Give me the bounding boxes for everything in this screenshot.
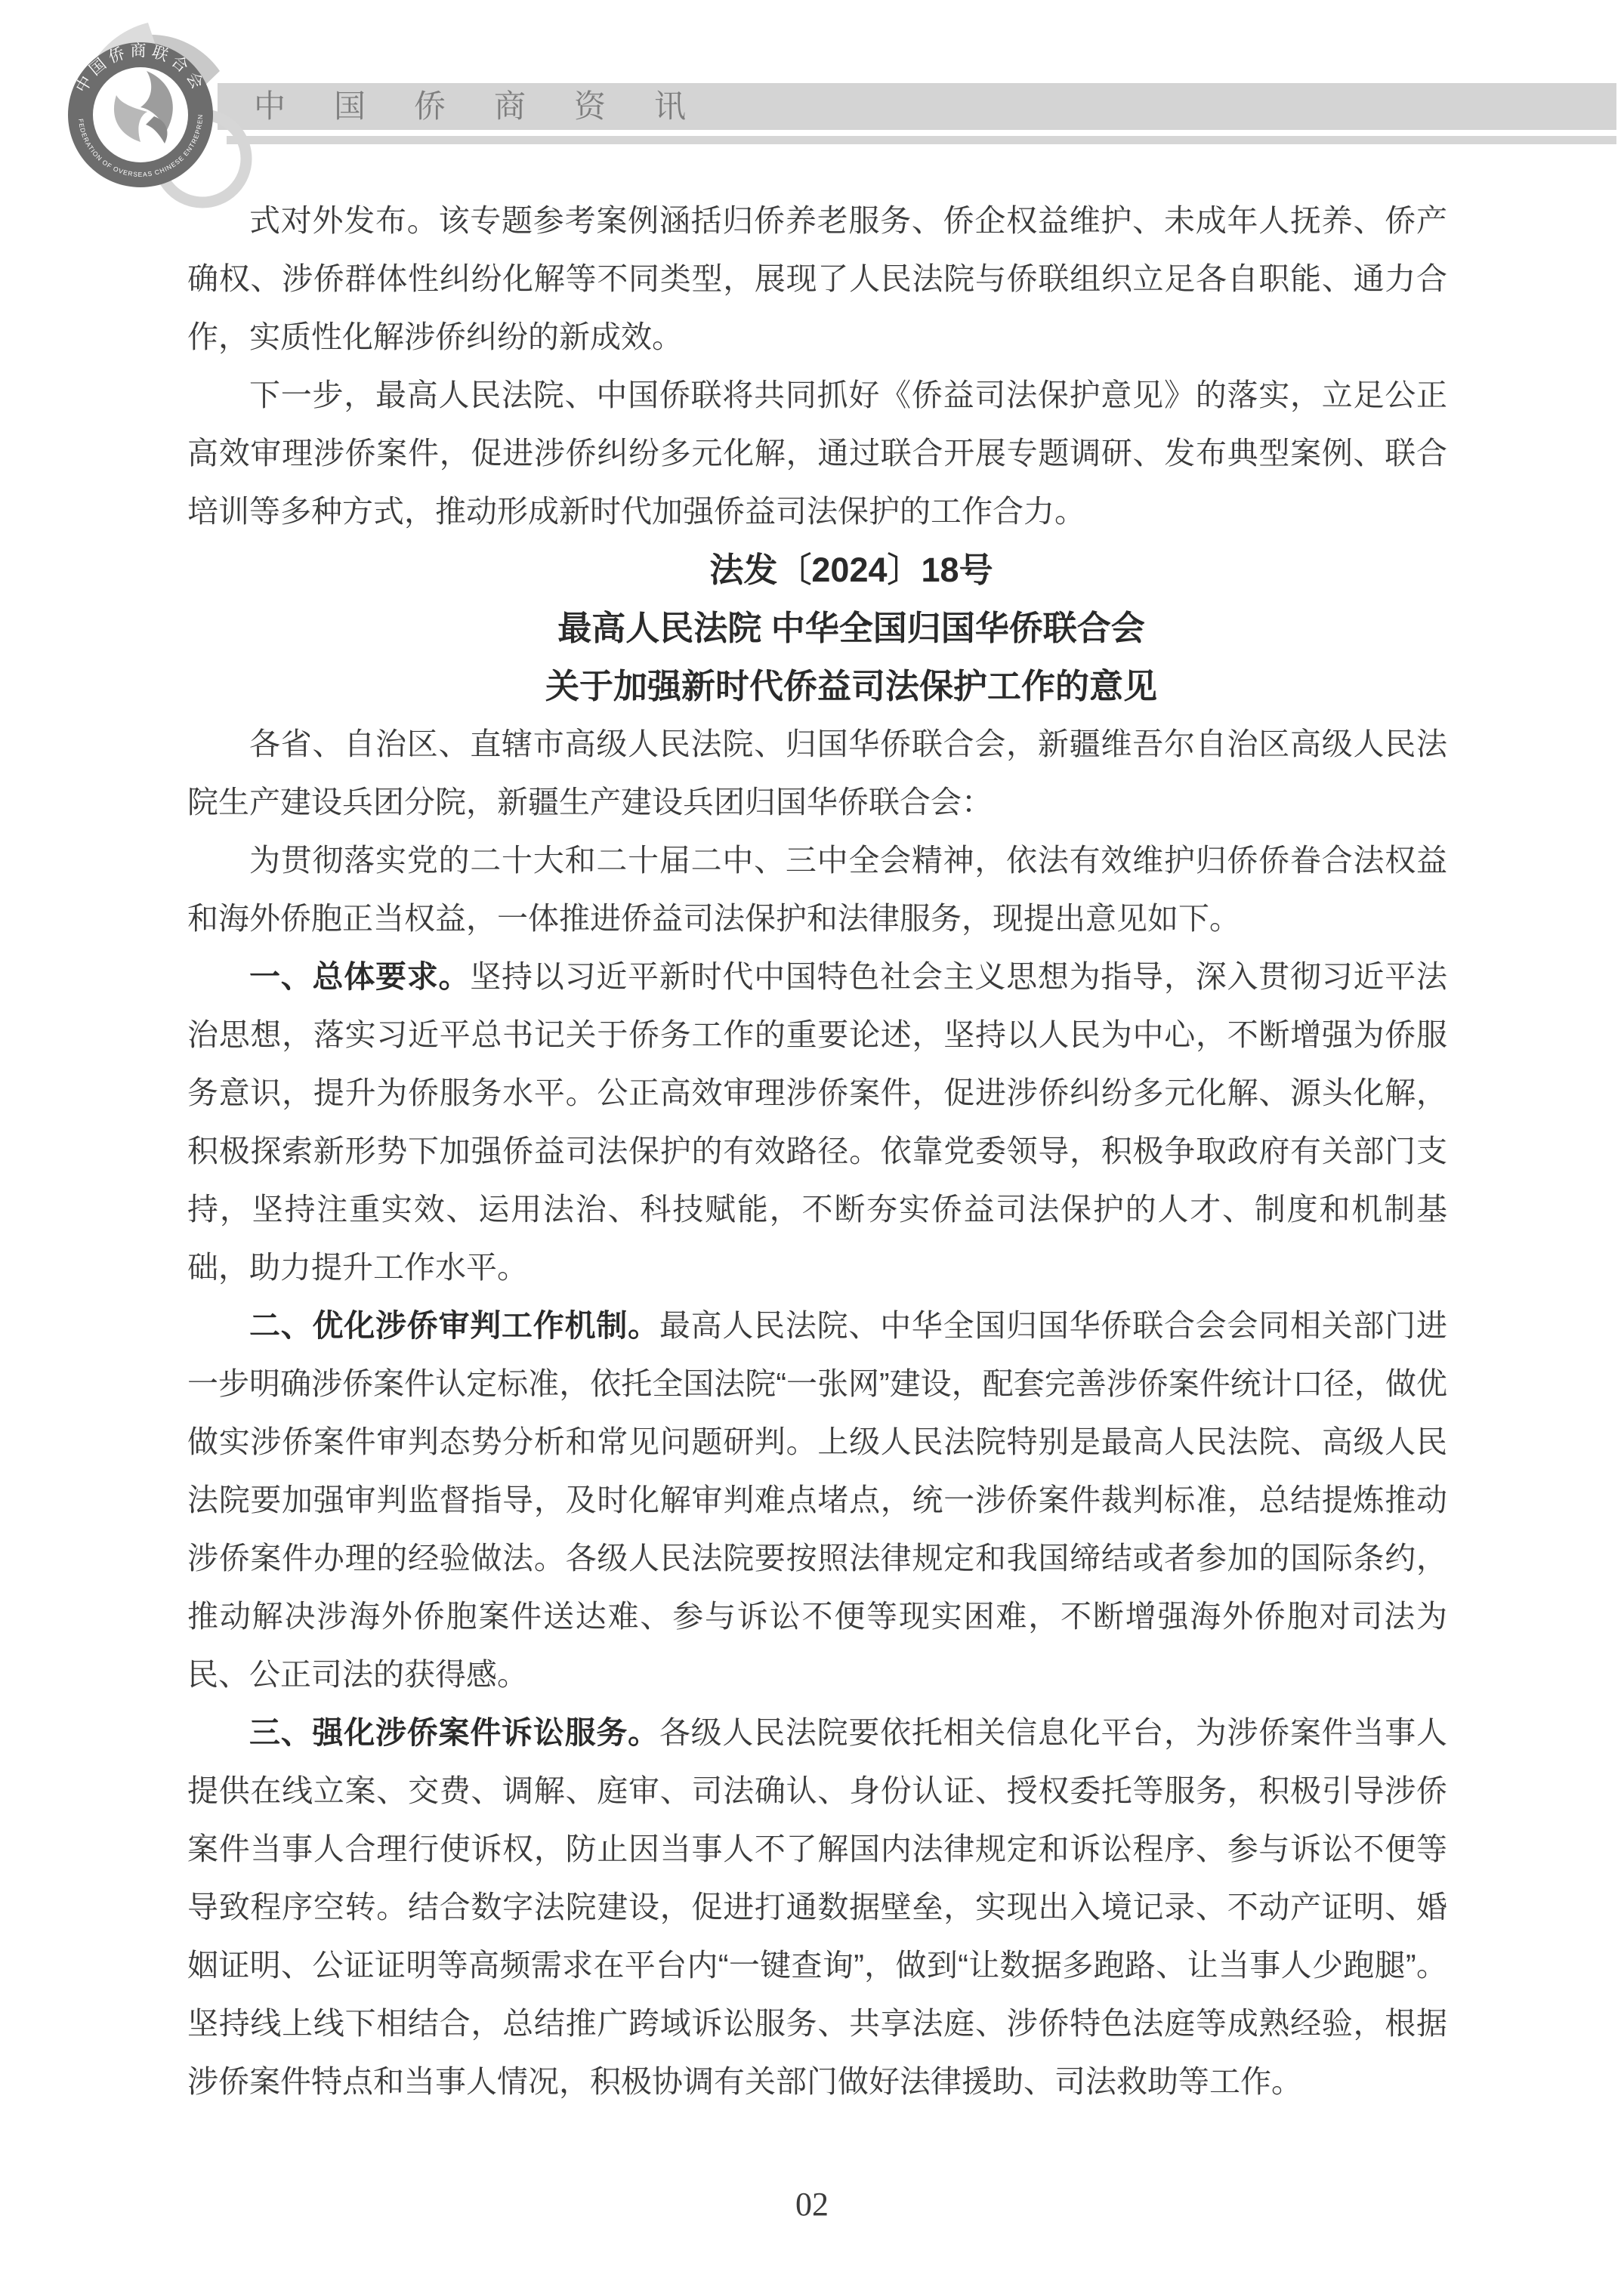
paragraph-salutation: 各省、自治区、直辖市高级人民法院、归国华侨联合会，新疆维吾尔自治区高级人民法院生… [187, 715, 1447, 832]
section-2: 二、优化涉侨审判工作机制。最高人民法院、中华全国归国华侨联合会会同相关部门进一步… [187, 1297, 1447, 1704]
page-number: 02 [0, 2185, 1624, 2224]
document-content: 式对外发布。该专题参考案例涵括归侨养老服务、侨企权益维护、未成年人抚养、侨产确权… [187, 192, 1447, 2111]
section-1-lead: 一、总体要求。 [249, 959, 470, 994]
paragraph-preamble: 为贯彻落实党的二十大和二十届二中、三中全会精神，依法有效维护归侨侨眷合法权益和海… [187, 832, 1447, 948]
section-2-body: 最高人民法院、中华全国归国华侨联合会会同相关部门进一步明确涉侨案件认定标准，依托… [187, 1308, 1447, 1692]
document-page: { "header": { "banner_title": "中国侨商资讯", … [0, 0, 1624, 2293]
paragraph-intro-2: 下一步，最高人民法院、中国侨联将共同抓好《侨益司法保护意见》的落实，立足公正高效… [187, 366, 1447, 541]
doc-number: 法发〔2024〕18号 [187, 541, 1447, 599]
doc-issuer: 最高人民法院 中华全国归国华侨联合会 [187, 599, 1447, 657]
section-3-lead: 三、强化涉侨案件诉讼服务。 [249, 1715, 659, 1750]
header-banner: 中国侨商资讯 [218, 83, 1616, 130]
banner-stripe [227, 136, 1616, 144]
section-1-body: 坚持以习近平新时代中国特色社会主义思想为指导，深入贯彻习近平法治思想，落实习近平… [187, 959, 1447, 1285]
banner-title: 中国侨商资讯 [254, 83, 734, 130]
doc-title: 关于加强新时代侨益司法保护工作的意见 [187, 657, 1447, 715]
section-3: 三、强化涉侨案件诉讼服务。各级人民法院要依托相关信息化平台，为涉侨案件当事人提供… [187, 1704, 1447, 2111]
section-2-lead: 二、优化涉侨审判工作机制。 [249, 1308, 659, 1343]
paragraph-intro-1: 式对外发布。该专题参考案例涵括归侨养老服务、侨企权益维护、未成年人抚养、侨产确权… [187, 192, 1447, 366]
section-3-body: 各级人民法院要依托相关信息化平台，为涉侨案件当事人提供在线立案、交费、调解、庭审… [187, 1715, 1447, 2099]
section-1: 一、总体要求。坚持以习近平新时代中国特色社会主义思想为指导，深入贯彻习近平法治思… [187, 948, 1447, 1297]
